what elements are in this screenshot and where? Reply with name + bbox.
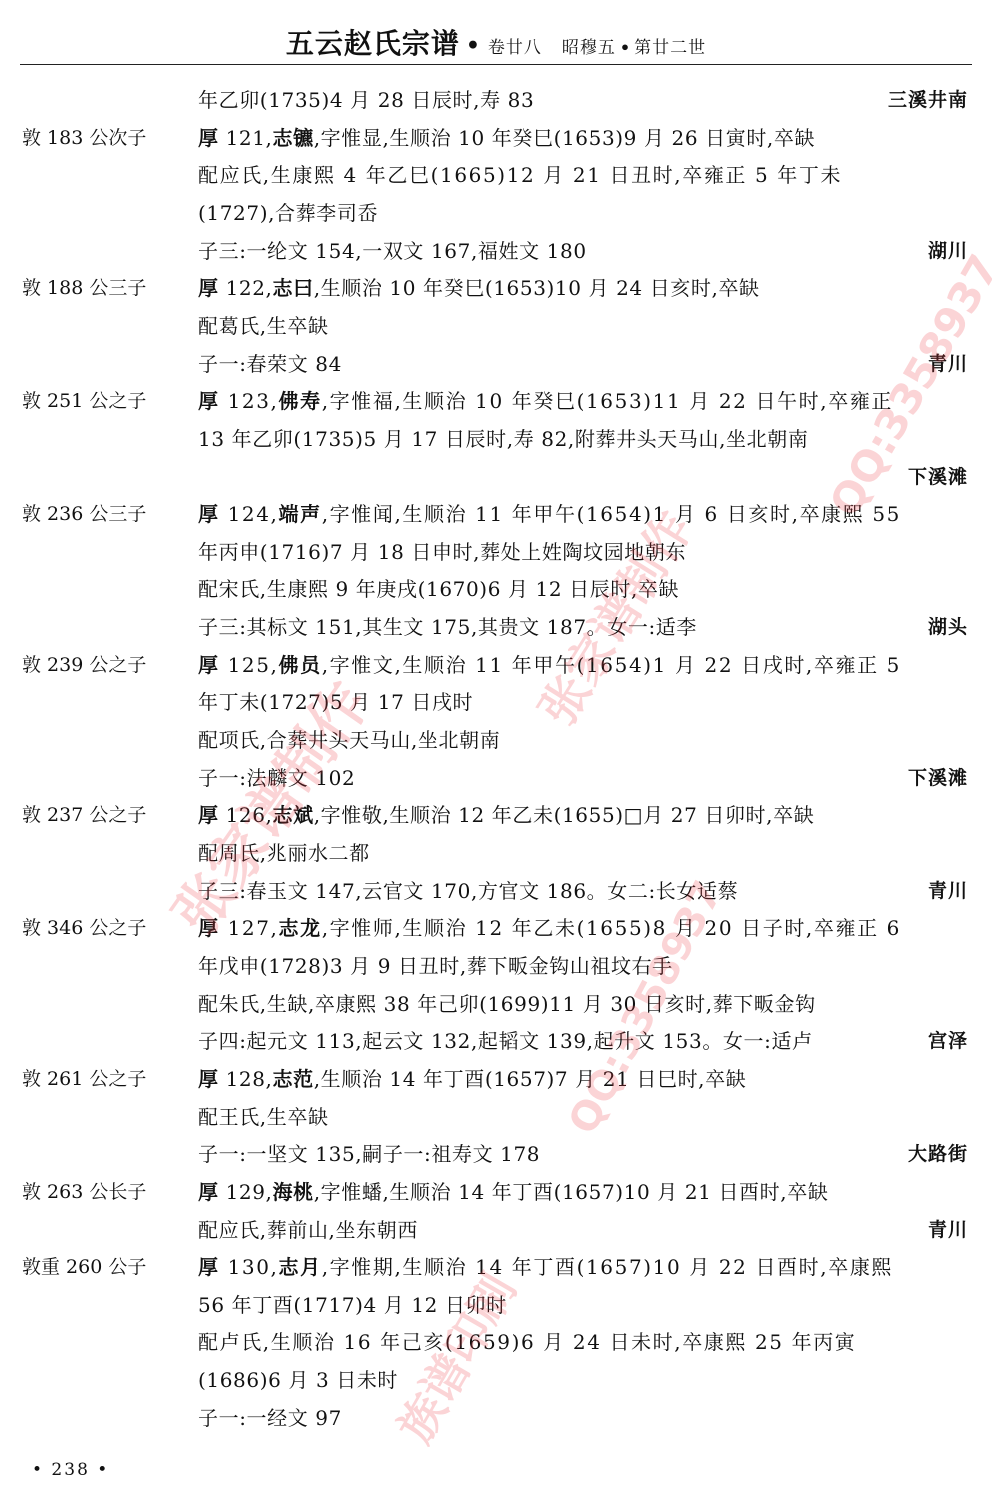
entry-text: 子一:一经文 97	[198, 1400, 342, 1436]
text-line: 56 年丁酉(1717)4 月 12 日卯时	[0, 1287, 992, 1323]
entry-detail: 配卢氏,生顺治 16 年己亥(1659)6 月 24 日未时,卒康熙 25 年丙…	[198, 1330, 856, 1354]
entry-text: 13 年乙卯(1735)5 月 17 日辰时,寿 82,附葬井头天马山,坐北朝南	[198, 421, 808, 457]
text-line: 子一:一经文 97	[0, 1400, 992, 1436]
text-line: 年丁未(1727)5 月 17 日戌时	[0, 684, 992, 720]
entry-detail: 年丁未(1727)5 月 17 日戌时	[198, 690, 473, 714]
parent-reference: 敦 346 公之子	[22, 910, 146, 946]
entry-detail: 年乙卯(1735)4 月 28 日辰时,寿 83	[198, 88, 534, 112]
person-number: 130,	[220, 1255, 279, 1279]
entry-detail: 子一:春荣文 84	[198, 352, 342, 376]
entry-detail: ,字惟期,生顺治 14 年丁酉(1657)10 月 22 日酉时,卒康熙	[322, 1255, 893, 1279]
generation-char: 厚	[198, 389, 220, 413]
residence-place: 青川	[928, 346, 968, 382]
residence-place: 宫泽	[928, 1023, 968, 1059]
residence-place: 青川	[928, 873, 968, 909]
entry-detail: 子一:一坚文 135,嗣子一:祖寿文 178	[198, 1142, 540, 1166]
entry-text: 厚 127,志龙,字惟师,生顺治 12 年乙未(1655)8 月 20 日子时,…	[198, 910, 970, 946]
entry-detail: ,字惟师,生顺治 12 年乙未(1655)8 月 20 日子时,卒雍正 6	[322, 916, 901, 940]
entry-text: 子三:一纶文 154,一双文 167,福姓文 180	[198, 233, 587, 269]
text-line: 子四:起元文 113,起云文 132,起韬文 139,起升文 153。女一:适卢…	[0, 1023, 992, 1059]
entry-text: 年丁未(1727)5 月 17 日戌时	[198, 684, 473, 720]
residence-place: 大路街	[908, 1136, 968, 1172]
text-line: 子一:春荣文 84青川	[0, 346, 992, 382]
entry-detail: (1686)6 月 3 日未时	[198, 1368, 398, 1392]
header-rule	[20, 64, 972, 65]
entry-detail: ,字惟福,生顺治 10 年癸巳(1653)11 月 22 日午时,卒雍正	[322, 389, 893, 413]
entry-detail: 配应氏,生康熙 4 年乙巳(1665)12 月 21 日丑时,卒雍正 5 年丁未	[198, 163, 842, 187]
text-line: 敦 183 公次子厚 121,志镳,字惟显,生顺治 10 年癸巳(1653)9 …	[0, 120, 992, 156]
person-name: 志范	[273, 1067, 314, 1091]
entry-text: 子一:春荣文 84	[198, 346, 342, 382]
text-line: 年丙申(1716)7 月 18 日申时,葬处上姓陶坟园地朝东	[0, 534, 992, 570]
entry-text: 子四:起元文 113,起云文 132,起韬文 139,起升文 153。女一:适卢	[198, 1023, 813, 1059]
entry-text: 厚 128,志范,生顺治 14 年丁酉(1657)7 月 21 日巳时,卒缺	[198, 1061, 746, 1097]
entry-text: 年戊申(1728)3 月 9 日丑时,葬下畈金钩山祖坟右手	[198, 948, 673, 984]
text-line: 子三:其标文 151,其生文 175,其贵文 187。女一:适李湖头	[0, 609, 992, 645]
person-name: 志月	[279, 1255, 322, 1279]
entry-detail: 子一:一经文 97	[198, 1406, 342, 1430]
header-separator-2: •	[620, 38, 630, 57]
entry-detail: ,字惟蟠,生顺治 14 年丁酉(1657)10 月 21 日酉时,卒缺	[314, 1180, 829, 1204]
person-name: 志斌	[273, 803, 314, 827]
parent-reference: 敦 188 公三子	[22, 270, 146, 306]
person-name: 端声	[279, 502, 322, 526]
entry-text: 配朱氏,生缺,卒康熙 38 年己卯(1699)11 月 30 日亥时,葬下畈金钩	[198, 986, 816, 1022]
generation-char: 厚	[198, 126, 219, 150]
entry-detail: 56 年丁酉(1717)4 月 12 日卯时	[198, 1293, 507, 1317]
entry-detail: ,字惟文,生顺治 11 年甲午(1654)1 月 22 日戌时,卒雍正 5	[322, 653, 901, 677]
text-line: 配应氏,生康熙 4 年乙巳(1665)12 月 21 日丑时,卒雍正 5 年丁未	[0, 157, 992, 193]
entry-text: 配应氏,生康熙 4 年乙巳(1665)12 月 21 日丑时,卒雍正 5 年丁未	[198, 157, 970, 193]
generation-char: 厚	[198, 502, 220, 526]
entry-text: 厚 123,佛寿,字惟福,生顺治 10 年癸巳(1653)11 月 22 日午时…	[198, 383, 970, 419]
parent-reference: 敦重 260 公子	[22, 1249, 146, 1285]
entry-text: 年丙申(1716)7 月 18 日申时,葬处上姓陶坟园地朝东	[198, 534, 686, 570]
text-line: 子一:法麟文 102下溪滩	[0, 760, 992, 796]
person-name: 佛寿	[279, 389, 322, 413]
entry-detail: 子四:起元文 113,起云文 132,起韬文 139,起升文 153。女一:适卢	[198, 1029, 813, 1053]
entry-text: 配应氏,葬前山,坐东朝西	[198, 1212, 418, 1248]
parent-reference: 敦 263 公长子	[22, 1174, 146, 1210]
entry-detail: 子三:其标文 151,其生文 175,其贵文 187。女一:适李	[198, 615, 697, 639]
person-number: 121,	[219, 126, 273, 150]
entry-text: 厚 130,志月,字惟期,生顺治 14 年丁酉(1657)10 月 22 日酉时…	[198, 1249, 970, 1285]
entry-text: 厚 121,志镳,字惟显,生顺治 10 年癸巳(1653)9 月 26 日寅时,…	[198, 120, 815, 156]
entry-detail: 子三:一纶文 154,一双文 167,福姓文 180	[198, 239, 587, 263]
entry-detail: 年戊申(1728)3 月 9 日丑时,葬下畈金钩山祖坟右手	[198, 954, 673, 978]
residence-place: 三溪井南	[888, 82, 968, 118]
residence-place: 青川	[928, 1212, 968, 1248]
text-line: 年乙卯(1735)4 月 28 日辰时,寿 83三溪井南	[0, 82, 992, 118]
entry-detail: 配宋氏,生康熙 9 年庚戌(1670)6 月 12 日辰时,卒缺	[198, 577, 679, 601]
entry-detail: 配项氏,合葬井头天马山,坐北朝南	[198, 728, 500, 752]
text-line: 配周氏,兆丽水二都	[0, 835, 992, 871]
text-line: 敦 236 公三子厚 124,端声,字惟闻,生顺治 11 年甲午(1654)1 …	[0, 496, 992, 532]
text-line: 敦 261 公之子厚 128,志范,生顺治 14 年丁酉(1657)7 月 21…	[0, 1061, 992, 1097]
residence-place: 下溪滩	[908, 760, 968, 796]
entry-text: 子一:一坚文 135,嗣子一:祖寿文 178	[198, 1136, 540, 1172]
text-line: (1727),合葬李司岙	[0, 195, 992, 231]
text-line: 年戊申(1728)3 月 9 日丑时,葬下畈金钩山祖坟右手	[0, 948, 992, 984]
person-name: 佛员	[279, 653, 322, 677]
text-line: 敦 239 公之子厚 125,佛员,字惟文,生顺治 11 年甲午(1654)1 …	[0, 647, 992, 683]
text-line: 敦 346 公之子厚 127,志龙,字惟师,生顺治 12 年乙未(1655)8 …	[0, 910, 992, 946]
text-line: 配宋氏,生康熙 9 年庚戌(1670)6 月 12 日辰时,卒缺	[0, 571, 992, 607]
entry-text: 厚 125,佛员,字惟文,生顺治 11 年甲午(1654)1 月 22 日戌时,…	[198, 647, 970, 683]
text-line: 子三:一纶文 154,一双文 167,福姓文 180湖川	[0, 233, 992, 269]
entry-detail: 配王氏,生卒缺	[198, 1105, 329, 1129]
text-line: 13 年乙卯(1735)5 月 17 日辰时,寿 82,附葬井头天马山,坐北朝南	[0, 421, 992, 457]
entry-text: 配宋氏,生康熙 9 年庚戌(1670)6 月 12 日辰时,卒缺	[198, 571, 679, 607]
page-number: • 238 •	[32, 1460, 109, 1480]
entry-text: 厚 122,志曰,生顺治 10 年癸巳(1653)10 月 24 日亥时,卒缺	[198, 270, 760, 306]
text-line: 子三:春玉文 147,云官文 170,方官文 186。女二:长女适蔡青川	[0, 873, 992, 909]
parent-reference: 敦 236 公三子	[22, 496, 146, 532]
volume-label: 卷廿八	[488, 38, 542, 58]
parent-reference: 敦 183 公次子	[22, 120, 146, 156]
text-line: 敦 237 公之子厚 126,志斌,字惟敬,生顺治 12 年乙未(1655)□月…	[0, 797, 992, 833]
entry-text: 厚 126,志斌,字惟敬,生顺治 12 年乙未(1655)□月 27 日卯时,卒…	[198, 797, 814, 833]
entry-detail: ,字惟显,生顺治 10 年癸巳(1653)9 月 26 日寅时,卒缺	[314, 126, 815, 150]
page-header: 五云赵氏宗谱•卷廿八昭穆五•第廿二世	[0, 22, 992, 62]
text-line: 敦 188 公三子厚 122,志曰,生顺治 10 年癸巳(1653)10 月 2…	[0, 270, 992, 306]
person-number: 126,	[219, 803, 273, 827]
entry-detail: 配朱氏,生缺,卒康熙 38 年己卯(1699)11 月 30 日亥时,葬下畈金钩	[198, 992, 816, 1016]
person-number: 123,	[220, 389, 279, 413]
person-number: 128,	[219, 1067, 273, 1091]
text-line: 配朱氏,生缺,卒康熙 38 年己卯(1699)11 月 30 日亥时,葬下畈金钩	[0, 986, 992, 1022]
entry-detail: (1727),合葬李司岙	[198, 201, 378, 225]
entry-text: 56 年丁酉(1717)4 月 12 日卯时	[198, 1287, 507, 1323]
entry-text: 年乙卯(1735)4 月 28 日辰时,寿 83	[198, 82, 534, 118]
text-line: 敦重 260 公子厚 130,志月,字惟期,生顺治 14 年丁酉(1657)10…	[0, 1249, 992, 1285]
person-number: 127,	[220, 916, 279, 940]
entry-detail: 配周氏,兆丽水二都	[198, 841, 370, 865]
entry-text: 配项氏,合葬井头天马山,坐北朝南	[198, 722, 500, 758]
residence-place: 下溪滩	[908, 459, 968, 495]
text-line: 配项氏,合葬井头天马山,坐北朝南	[0, 722, 992, 758]
text-line: 配卢氏,生顺治 16 年己亥(1659)6 月 24 日未时,卒康熙 25 年丙…	[0, 1324, 992, 1360]
entry-text: 厚 129,海桃,字惟蟠,生顺治 14 年丁酉(1657)10 月 21 日酉时…	[198, 1174, 828, 1210]
entry-text: 子三:春玉文 147,云官文 170,方官文 186。女二:长女适蔡	[198, 873, 738, 909]
text-line: 配应氏,葬前山,坐东朝西青川	[0, 1212, 992, 1248]
entry-text: (1727),合葬李司岙	[198, 195, 378, 231]
parent-reference: 敦 237 公之子	[22, 797, 146, 833]
person-name: 志龙	[279, 916, 322, 940]
entry-detail: 配应氏,葬前山,坐东朝西	[198, 1218, 418, 1242]
entry-text: (1686)6 月 3 日未时	[198, 1362, 398, 1398]
text-line: 下溪滩	[0, 459, 992, 495]
parent-reference: 敦 239 公之子	[22, 647, 146, 683]
generation-char: 厚	[198, 1067, 219, 1091]
generation-char: 厚	[198, 276, 219, 300]
person-name: 志曰	[273, 276, 314, 300]
generation-char: 厚	[198, 1255, 220, 1279]
text-line: 敦 251 公之子厚 123,佛寿,字惟福,生顺治 10 年癸巳(1653)11…	[0, 383, 992, 419]
residence-place: 湖川	[928, 233, 968, 269]
text-line: 配葛氏,生卒缺	[0, 308, 992, 344]
entry-detail: 13 年乙卯(1735)5 月 17 日辰时,寿 82,附葬井头天马山,坐北朝南	[198, 427, 808, 451]
entry-text: 配卢氏,生顺治 16 年己亥(1659)6 月 24 日未时,卒康熙 25 年丙…	[198, 1324, 970, 1360]
generation-char: 厚	[198, 653, 220, 677]
entry-text: 子三:其标文 151,其生文 175,其贵文 187。女一:适李	[198, 609, 697, 645]
entry-text: 子一:法麟文 102	[198, 760, 355, 796]
entry-detail: 年丙申(1716)7 月 18 日申时,葬处上姓陶坟园地朝东	[198, 540, 686, 564]
entry-text: 配葛氏,生卒缺	[198, 308, 329, 344]
book-title: 五云赵氏宗谱	[286, 27, 460, 60]
text-line: 敦 263 公长子厚 129,海桃,字惟蟠,生顺治 14 年丁酉(1657)10…	[0, 1174, 992, 1210]
entry-text: 配周氏,兆丽水二都	[198, 835, 370, 871]
parent-reference: 敦 251 公之子	[22, 383, 146, 419]
entry-detail: ,生顺治 14 年丁酉(1657)7 月 21 日巳时,卒缺	[314, 1067, 747, 1091]
generation-label: 第廿二世	[634, 38, 706, 58]
person-name: 志镳	[273, 126, 314, 150]
person-number: 122,	[219, 276, 273, 300]
entry-detail: ,字惟闻,生顺治 11 年甲午(1654)1 月 6 日亥时,卒康熙 55	[322, 502, 901, 526]
residence-place: 湖头	[928, 609, 968, 645]
entry-detail: 子一:法麟文 102	[198, 766, 355, 790]
person-number: 129,	[219, 1180, 273, 1204]
section-label: 昭穆五	[562, 38, 616, 58]
generation-char: 厚	[198, 803, 219, 827]
header-separator: •	[466, 33, 480, 59]
generation-char: 厚	[198, 916, 220, 940]
parent-reference: 敦 261 公之子	[22, 1061, 146, 1097]
entry-text: 厚 124,端声,字惟闻,生顺治 11 年甲午(1654)1 月 6 日亥时,卒…	[198, 496, 970, 532]
text-line: (1686)6 月 3 日未时	[0, 1362, 992, 1398]
entry-detail: ,字惟敬,生顺治 12 年乙未(1655)□月 27 日卯时,卒缺	[314, 803, 815, 827]
entry-detail: 子三:春玉文 147,云官文 170,方官文 186。女二:长女适蔡	[198, 879, 738, 903]
person-number: 124,	[220, 502, 279, 526]
entry-detail: ,生顺治 10 年癸巳(1653)10 月 24 日亥时,卒缺	[314, 276, 760, 300]
entry-detail: 配葛氏,生卒缺	[198, 314, 329, 338]
person-number: 125,	[220, 653, 279, 677]
text-line: 配王氏,生卒缺	[0, 1099, 992, 1135]
person-name: 海桃	[273, 1180, 314, 1204]
generation-char: 厚	[198, 1180, 219, 1204]
entry-text: 配王氏,生卒缺	[198, 1099, 329, 1135]
text-line: 子一:一坚文 135,嗣子一:祖寿文 178大路街	[0, 1136, 992, 1172]
